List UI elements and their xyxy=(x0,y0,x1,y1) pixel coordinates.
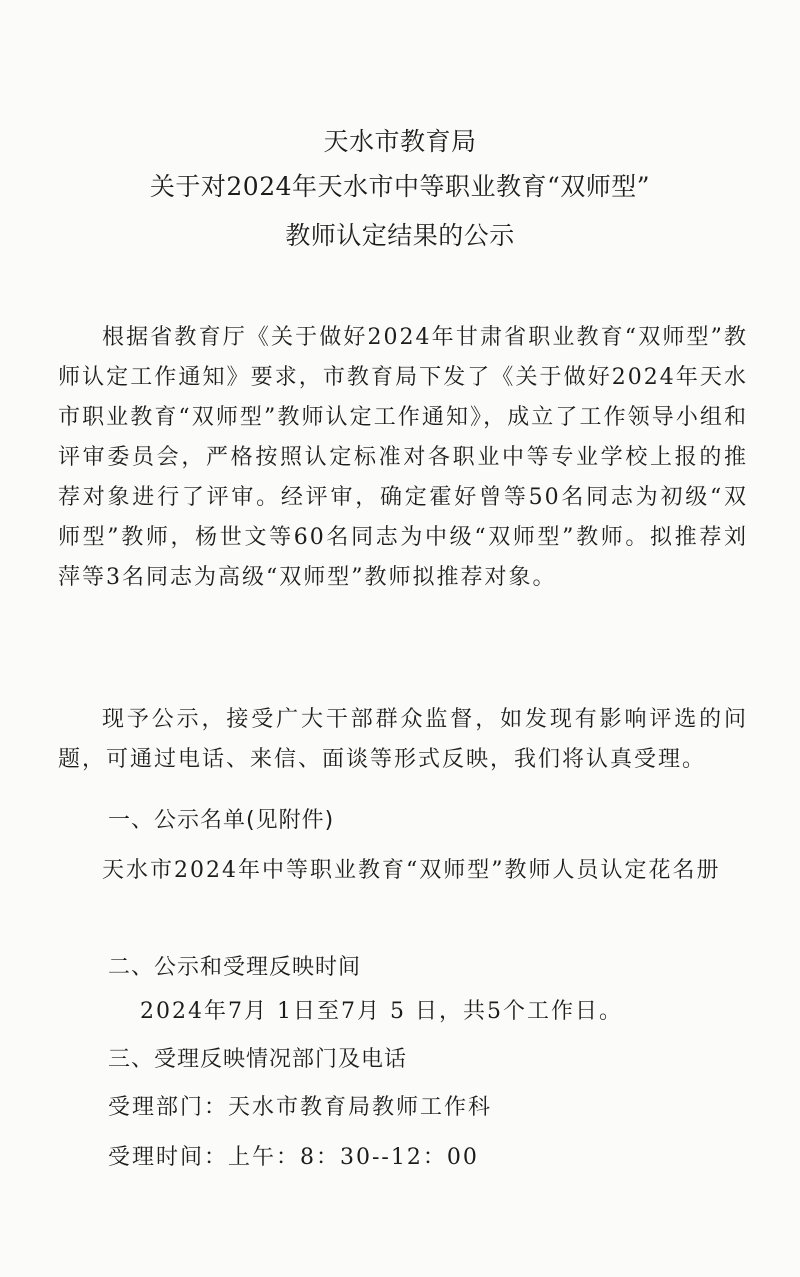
section-1-content: 天水市2024年中等职业教育“双师型”教师人员认定花名册 xyxy=(58,848,748,894)
section-2-heading: 二、公示和受理反映时间 xyxy=(108,950,361,981)
section-3-hours: 受理时间：上午：8：30--12：00 xyxy=(108,1140,479,1171)
notice-title-line-2: 关于对2024年天水市中等职业教育“双师型” xyxy=(0,167,800,203)
document-page: 天水市教育局 关于对2024年天水市中等职业教育“双师型” 教师认定结果的公示 … xyxy=(0,0,800,1277)
body-paragraph-2: 现予公示，接受广大干部群众监督，如发现有影响评选的问题，可通过电话、来信、面谈等… xyxy=(58,700,748,780)
notice-title-line-3: 教师认定结果的公示 xyxy=(0,216,800,252)
body-paragraph-1: 根据省教育厅《关于做好2024年甘肃省职业教育“双师型”教师认定工作通知》要求，… xyxy=(58,318,748,598)
section-2-content: 2024年7月 1日至7月 5 日，共5个工作日。 xyxy=(140,994,623,1025)
section-3-heading: 三、受理反映情况部门及电话 xyxy=(108,1042,407,1073)
issuer-title: 天水市教育局 xyxy=(0,122,800,158)
section-1-heading: 一、公示名单(见附件) xyxy=(108,803,334,834)
section-3-department: 受理部门：天水市教育局教师工作科 xyxy=(108,1090,492,1121)
